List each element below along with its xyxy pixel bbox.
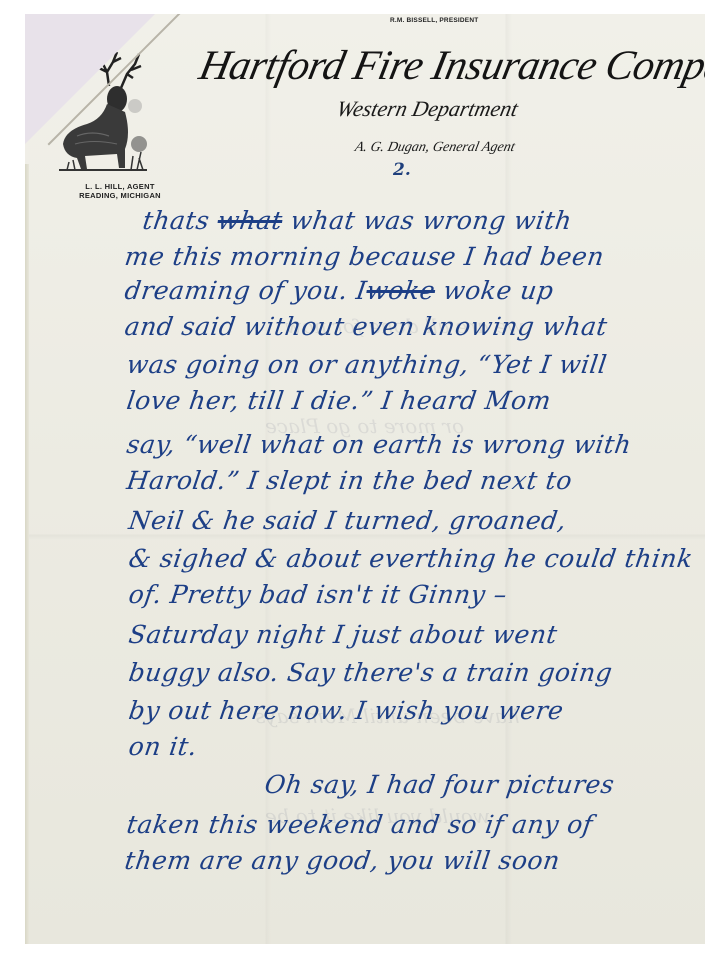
letter-line: say, “well what on earth is wrong with <box>125 430 633 459</box>
letter-line: dreaming of you. Iwoke woke up <box>123 276 556 305</box>
letter-line: of. Pretty bad isn't it Ginny – <box>127 580 509 609</box>
letter-line: by out here now. I wish you were <box>127 696 566 725</box>
letter-line: on it. <box>127 732 199 761</box>
letter-line: Neil & he said I turned, groaned, <box>127 506 568 535</box>
letter-line: thats what what was wrong with <box>141 206 574 235</box>
letter-line: Oh say, I had four pictures <box>263 770 616 799</box>
letter-line: buggy also. Say there's a train going <box>127 658 614 687</box>
letter-page: L. L. HILL, AGENT READING, MICHIGAN R.M.… <box>25 14 705 944</box>
letter-line: and said without even knowing what <box>123 312 609 341</box>
struck-word: what <box>216 206 285 235</box>
letter-body: thats what what was wrong with me this m… <box>25 14 705 944</box>
letter-line: Harold.” I slept in the bed next to <box>125 466 574 495</box>
letter-line: was going on or anything, “Yet I will <box>125 350 609 379</box>
letter-line: me this morning because I had been <box>123 242 606 271</box>
struck-word: woke <box>365 276 437 305</box>
letter-line: love her, till I die.” I heard Mom <box>125 386 553 415</box>
letter-line: & sighed & about everthing he could thin… <box>127 544 695 573</box>
letter-line: taken this weekend and so if any of <box>125 810 595 839</box>
letter-line: them are any good, you will soon <box>123 846 562 875</box>
letter-line: Saturday night I just about went <box>127 620 559 649</box>
